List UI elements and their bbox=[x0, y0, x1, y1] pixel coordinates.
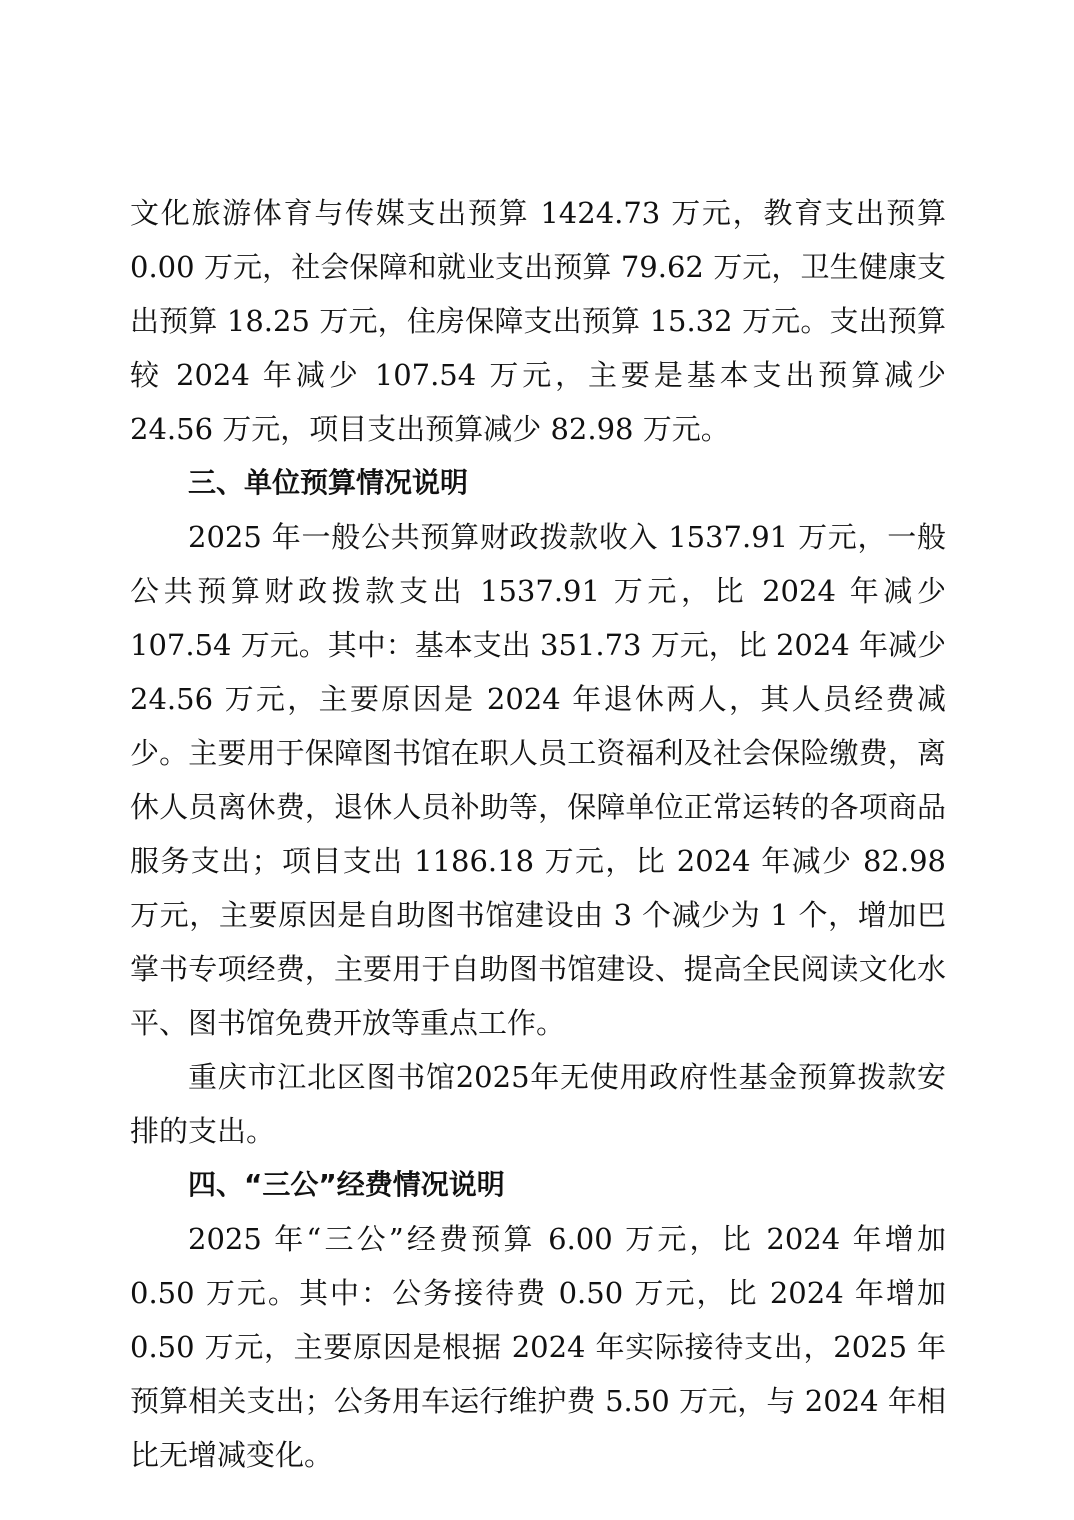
paragraph-expenditure-continuation: 文化旅游体育与传媒支出预算 1424.73 万元，教育支出预算 0.00 万元，… bbox=[130, 186, 946, 456]
paragraph-three-public-expenses: 2025 年“三公”经费预算 6.00 万元，比 2024 年增加 0.50 万… bbox=[130, 1212, 946, 1482]
paragraph-general-public-budget: 2025 年一般公共预算财政拨款收入 1537.91 万元，一般公共预算财政拨款… bbox=[130, 510, 946, 1050]
section-heading-three-public-expenses: 四、“三公”经费情况说明 bbox=[130, 1158, 946, 1212]
paragraph-government-fund-budget: 重庆市江北区图书馆2025年无使用政府性基金预算拨款安排的支出。 bbox=[130, 1050, 946, 1158]
section-heading-unit-budget: 三、单位预算情况说明 bbox=[130, 456, 946, 510]
document-page: 文化旅游体育与传媒支出预算 1424.73 万元，教育支出预算 0.00 万元，… bbox=[130, 186, 946, 1482]
